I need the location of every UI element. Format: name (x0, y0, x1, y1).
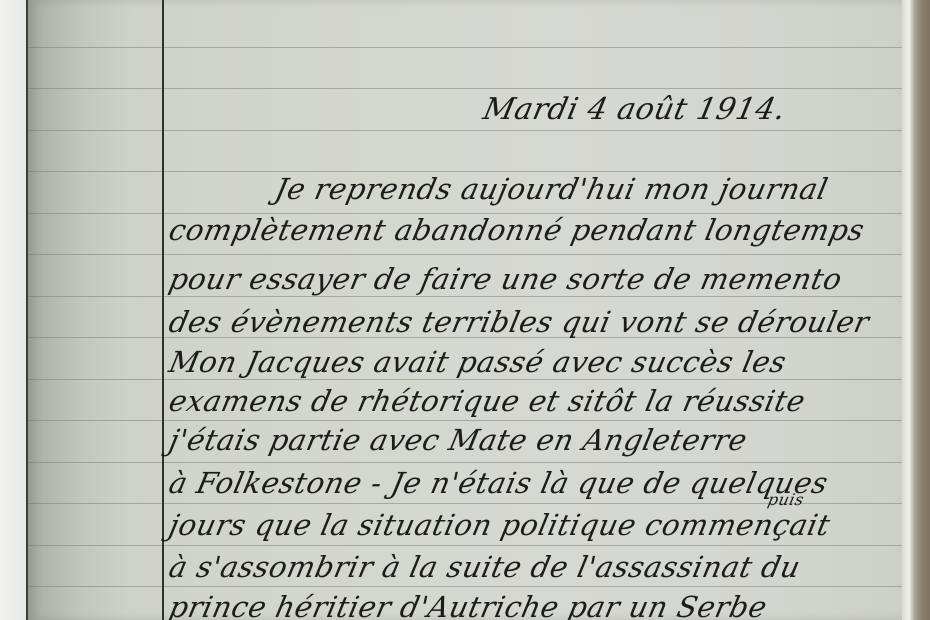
journal-line-4: des évènements terribles qui vont se dér… (166, 305, 873, 339)
page-edge-right (902, 0, 930, 620)
journal-line-5: Mon Jacques avait passé avec succès les (166, 345, 789, 379)
ruled-line (28, 420, 902, 421)
journal-line-3: pour essayer de faire une sorte de memen… (166, 262, 845, 296)
journal-line-2: complètement abandonné pendant longtemps (166, 213, 868, 247)
journal-line-7: j'étais partie avec Mate en Angleterre (166, 423, 750, 457)
journal-line-9: jours que la situation politique commenç… (166, 508, 833, 542)
ruled-line (28, 254, 902, 255)
ruled-line (28, 47, 902, 48)
ruled-line (28, 586, 902, 587)
margin-line (162, 0, 164, 620)
journal-line-11: prince héritier d'Autriche par un Serbe (166, 590, 770, 620)
interlinear-insertion: puis (766, 490, 806, 509)
journal-line-6: examens de rhétorique et sitôt la réussi… (166, 384, 809, 418)
ruled-line (28, 296, 902, 297)
ruled-line (28, 545, 902, 546)
date-heading: Mardi 4 août 1914. (480, 92, 789, 127)
ruled-line (28, 88, 902, 89)
ruled-line (28, 379, 902, 380)
ruled-line (28, 462, 902, 463)
background-left (0, 0, 28, 620)
ruled-line (28, 130, 902, 131)
journal-line-8: à Folkestone - Je n'étais là que de quel… (166, 466, 831, 500)
journal-line-10: à s'assombrir à la suite de l'assassinat… (166, 550, 804, 584)
journal-line-1: Je reprends aujourd'hui mon journal (272, 172, 831, 206)
